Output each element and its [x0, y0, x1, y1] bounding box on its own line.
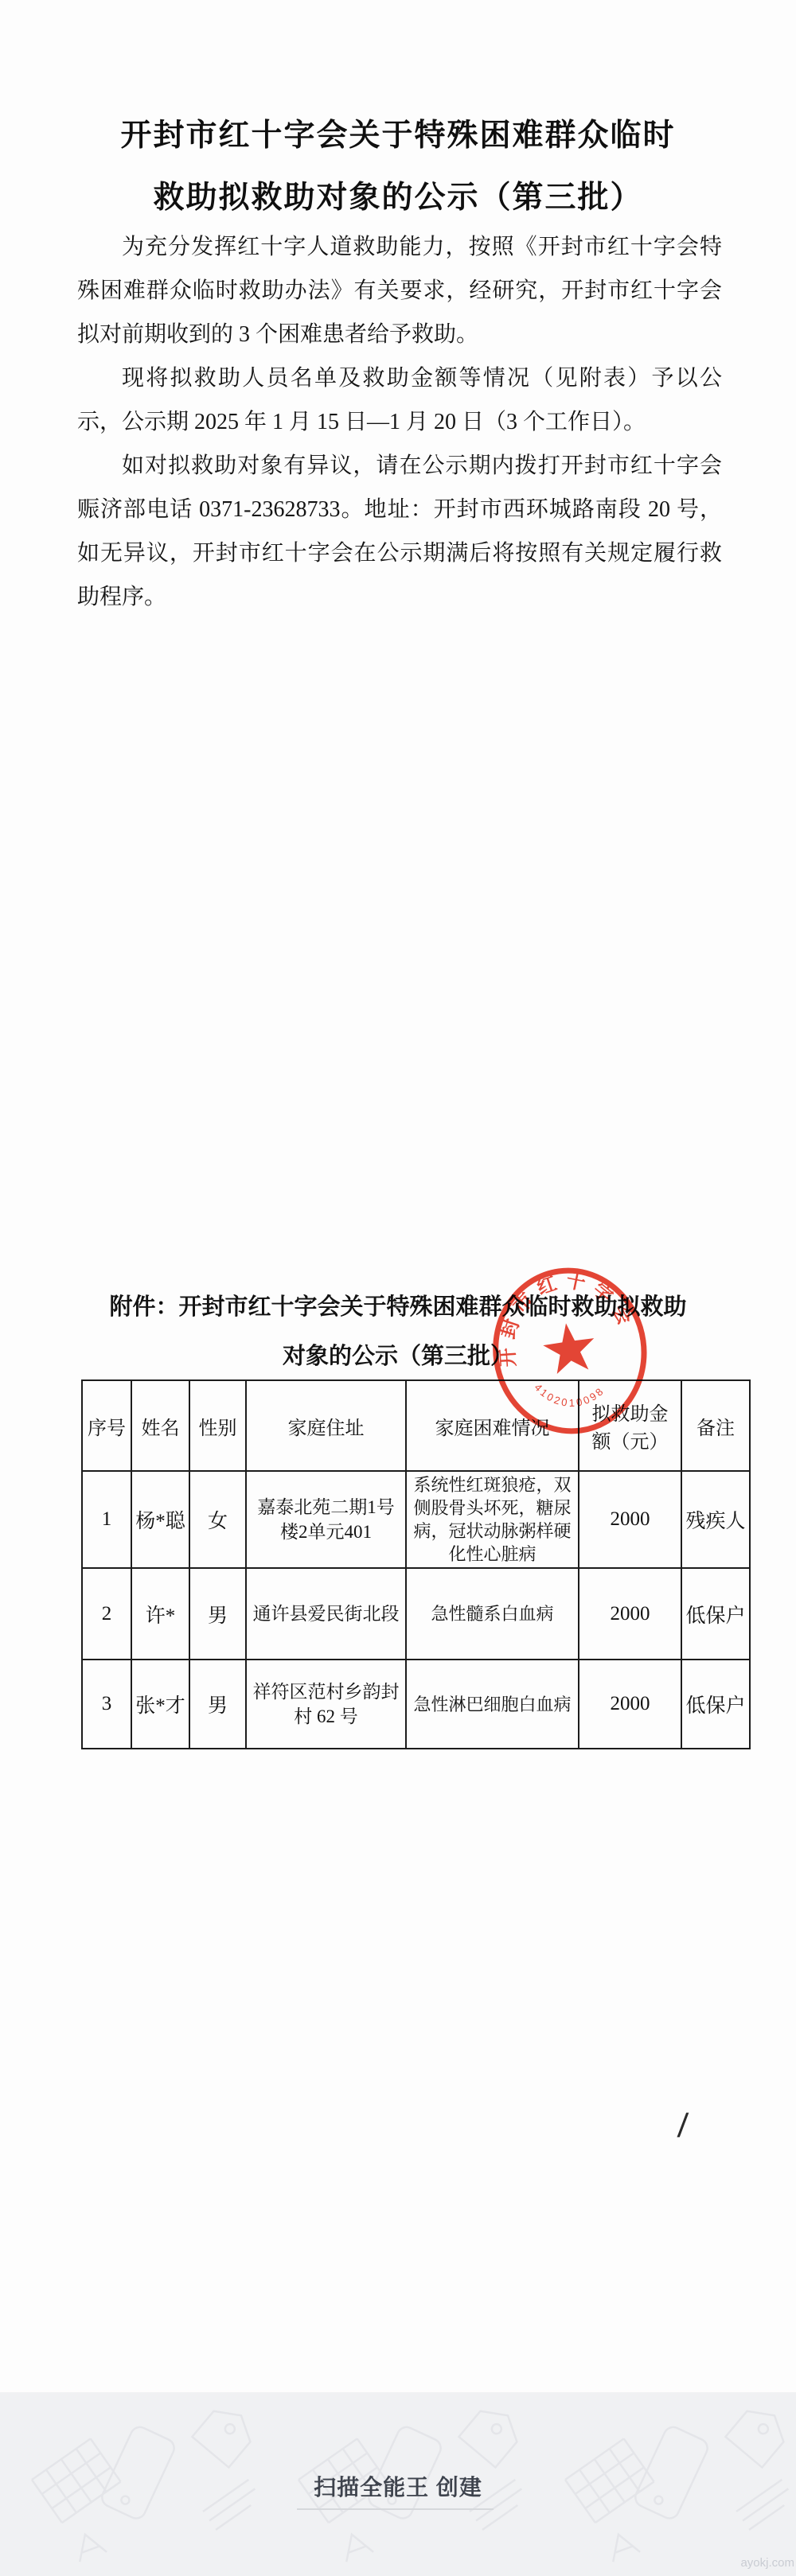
cell-hardship: 急性髓系白血病 — [406, 1568, 579, 1660]
cell-seq: 2 — [82, 1568, 131, 1660]
credit-underline — [297, 2508, 494, 2510]
scanner-credit-text: 扫描全能王 创建 — [0, 2470, 796, 2502]
cell-remark: 低保户 — [681, 1660, 750, 1749]
header-seq: 序号 — [82, 1380, 131, 1471]
cell-remark: 低保户 — [681, 1568, 750, 1660]
attachment-heading-line2: 对象的公示（第三批） — [48, 1332, 748, 1381]
cell-name: 杨*聪 — [131, 1471, 189, 1568]
document-title-line1: 开封市红十字会关于特殊困难群众临时 — [48, 105, 748, 167]
cell-hardship: 系统性红斑狼疮，双侧股骨头坏死，糖尿病，冠状动脉粥样硬化性心脏病 — [406, 1471, 579, 1568]
scanner-footer-band: 扫描全能王 创建 ayokj.com — [0, 2392, 796, 2576]
cell-address: 嘉泰北苑二期1号楼2单元401 — [246, 1471, 406, 1568]
attachment-heading-line1: 附件：开封市红十字会关于特殊困难群众临时救助拟救助 — [48, 1282, 748, 1332]
table-header-row: 序号 姓名 性别 家庭住址 家庭困难情况 拟救助金额（元） 备注 — [82, 1380, 750, 1471]
cell-gender: 女 — [189, 1471, 246, 1568]
assistance-roster-table: 序号 姓名 性别 家庭住址 家庭困难情况 拟救助金额（元） 备注 1 杨*聪 女… — [81, 1379, 751, 1749]
cell-amount: 2000 — [579, 1660, 681, 1749]
document-title: 开封市红十字会关于特殊困难群众临时 救助拟救助对象的公示（第三批） — [48, 105, 748, 229]
cell-seq: 1 — [82, 1471, 131, 1568]
cell-gender: 男 — [189, 1568, 246, 1660]
header-remark: 备注 — [681, 1380, 750, 1471]
header-name: 姓名 — [131, 1380, 189, 1471]
document-title-line2: 救助拟救助对象的公示（第三批） — [48, 167, 748, 229]
table-row: 1 杨*聪 女 嘉泰北苑二期1号楼2单元401 系统性红斑狼疮，双侧股骨头坏死，… — [82, 1471, 750, 1568]
header-amount: 拟救助金额（元） — [579, 1380, 681, 1471]
paragraph-3: 如对拟救助对象有异议，请在公示期内拨打开封市红十字会赈济部电话 0371-236… — [77, 444, 722, 619]
cell-amount: 2000 — [579, 1471, 681, 1568]
paragraph-1: 为充分发挥红十字人道救助能力，按照《开封市红十字会特殊困难群众临时救助办法》有关… — [77, 225, 722, 356]
corner-watermark-text: ayokj.com — [740, 2556, 794, 2570]
cell-amount: 2000 — [579, 1568, 681, 1660]
paragraph-2: 现将拟救助人员名单及救助金额等情况（见附表）予以公示，公示期 2025 年 1 … — [77, 356, 722, 444]
cell-name: 张*才 — [131, 1660, 189, 1749]
cell-name: 许* — [131, 1568, 189, 1660]
header-gender: 性别 — [189, 1380, 246, 1471]
cell-remark: 残疾人 — [681, 1471, 750, 1568]
cell-hardship: 急性淋巴细胞白血病 — [406, 1660, 579, 1749]
table-row: 3 张*才 男 祥符区范村乡韵封村 62 号 急性淋巴细胞白血病 2000 低保… — [82, 1660, 750, 1749]
cell-seq: 3 — [82, 1660, 131, 1749]
slash-pen-mark: / — [676, 2107, 689, 2145]
scanned-document-page: 开封市红十字会关于特殊困难群众临时 救助拟救助对象的公示（第三批） 为充分发挥红… — [0, 0, 796, 2576]
cell-address: 祥符区范村乡韵封村 62 号 — [246, 1660, 406, 1749]
header-address: 家庭住址 — [246, 1380, 406, 1471]
cell-address: 通许县爱民街北段 — [246, 1568, 406, 1660]
cell-gender: 男 — [189, 1660, 246, 1749]
table-row: 2 许* 男 通许县爱民街北段 急性髓系白血病 2000 低保户 — [82, 1568, 750, 1660]
header-hardship: 家庭困难情况 — [406, 1380, 579, 1471]
attachment-heading: 附件：开封市红十字会关于特殊困难群众临时救助拟救助 对象的公示（第三批） — [48, 1282, 748, 1381]
document-body: 为充分发挥红十字人道救助能力，按照《开封市红十字会特殊困难群众临时救助办法》有关… — [77, 225, 722, 619]
